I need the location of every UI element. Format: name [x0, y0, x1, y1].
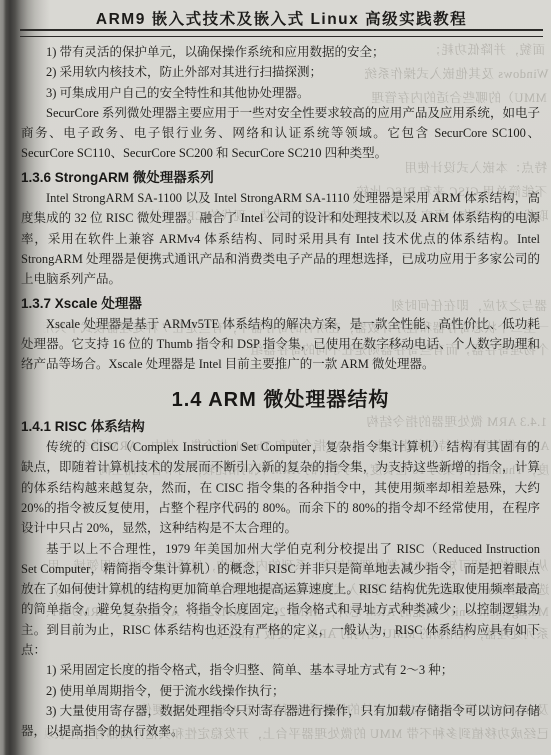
text-line: 传统的 CISC（Complex Instruction Set Compute…: [21, 437, 540, 457]
text-line: SecurCore 系列微处理器主要应用于一些对安全性要求较高的应用产品及应用系…: [21, 103, 540, 123]
running-head-title: ARM9 嵌入式技术及嵌入式 Linux 高级实践教程: [21, 7, 542, 29]
heading-1-4-1: 1.4.1 RISC 体系结构: [21, 417, 540, 437]
book-page: 面貌，并降低功耗；Windows 及其他嵌入式操作系统MMU）的哪些合适的内存管…: [0, 0, 551, 755]
heading-1-3-7: 1.3.7 Xscale 处理器: [21, 294, 540, 314]
text-line: 器，以提高指令的执行效率。: [21, 721, 540, 741]
risc-feature-list: 1) 采用固定长度的指令格式，指令归整、简单、基本寻址方式有 2～3 种；2) …: [21, 660, 540, 741]
strongarm-paragraph: Intel StrongARM SA-1100 以及 Intel StrongA…: [21, 188, 540, 289]
text-line: StrongARM 处理器是便携式通讯产品和消费类电子产品的理想选择，已成功应用…: [21, 249, 540, 269]
text-line: 2) 使用单周期指令，便于流水线操作执行；: [21, 681, 540, 701]
text-line: 点：: [21, 640, 540, 660]
cisc-paragraph: 传统的 CISC（Complex Instruction Set Compute…: [21, 437, 540, 538]
text-line: 商务、电子政务、电子银行业务、网络和认证系统等领域。它包含 SecurCore …: [21, 123, 540, 143]
text-line: 上电脑系列产品。: [21, 269, 540, 289]
text-line: 2) 采用软内核技术，防止外部对其进行扫描探测；: [21, 62, 540, 82]
text-line: Xscale 处理器是基于 ARMv5TE 体系结构的解决方案，是一款全性能、高…: [21, 314, 540, 334]
risc-paragraph: 基于以上不合理性，1979 年美国加州大学伯克利分校提出了 RISC（Reduc…: [21, 539, 540, 661]
text-line: 主。到目前为止，RISC 体系结构也还没有严格的定义，一般认为，RISC 体系结…: [21, 620, 540, 640]
text-line: Intel StrongARM SA-1100 以及 Intel StrongA…: [21, 188, 540, 208]
text-line: 络产品等场合。Xscale 处理器是 Intel 目前主要推广的一款 ARM 微…: [21, 354, 540, 374]
text-line: Set Computer，精简指令集计算机）的概念，RISC 并非只是简单地去减…: [21, 559, 540, 579]
page-content: 1) 带有灵活的保护单元，以确保操作系统和应用数据的安全；2) 采用软内核技术，…: [21, 42, 540, 742]
securcore-paragraph: SecurCore 系列微处理器主要应用于一些对安全性要求较高的应用产品及应用系…: [21, 103, 540, 164]
text-line: 基于以上不合理性，1979 年美国加州大学伯克利分校提出了 RISC（Reduc…: [21, 539, 540, 559]
text-line: 1) 采用固定长度的指令格式，指令归整、简单、基本寻址方式有 2～3 种；: [21, 660, 540, 680]
header-double-rule: [20, 29, 543, 37]
text-line: 的简单指令，避免复杂指令；将指令长度固定，指令格式和寻址方式种类减少；以控制逻辑…: [21, 599, 540, 619]
section-heading-1-4: 1.4 ARM 微处理器结构: [21, 387, 540, 413]
text-line: SecurCore SC110、SecurCore SC200 和 SecurC…: [21, 143, 540, 163]
text-line: 1) 带有灵活的保护单元，以确保操作系统和应用数据的安全；: [21, 42, 540, 62]
text-line: 设计中只占 20%，显然，这种结构是不太合理的。: [21, 518, 540, 538]
text-line: 的体系结构越来越复杂，然而，在 CISC 指令集的各种指令中，其使用频率却相差悬…: [21, 478, 540, 498]
text-line: 20%的指令被反复使用，占整个程序代码的 80%。而余下的 80%的指令却不经常…: [21, 498, 540, 518]
xscale-paragraph: Xscale 处理器是基于 ARMv5TE 体系结构的解决方案，是一款全性能、高…: [21, 314, 540, 375]
heading-1-3-6: 1.3.6 StrongARM 微处理器系列: [21, 168, 540, 188]
securcore-feature-list: 1) 带有灵活的保护单元，以确保操作系统和应用数据的安全；2) 采用软内核技术，…: [21, 42, 540, 103]
text-line: 放在了如何使计算机的结构更加简单合理地提高运算速度上。RISC 结构优先选取使用…: [21, 579, 540, 599]
text-line: 3) 大量使用寄存器，数据处理指令只对寄存器进行操作，只有加载/存储指令可以访问…: [21, 701, 540, 721]
text-line: 处理器。它支持 16 位的 Thumb 指令和 DSP 指令集，已使用在数字移动…: [21, 334, 540, 354]
text-line: 缺点，即随着计算机技术的发展而不断引入新的复杂的指令集，为支持这些新增的指令，计…: [21, 457, 540, 477]
text-line: 3) 可集成用户自己的安全特性和其他协处理器。: [21, 83, 540, 103]
text-line: 度集成的 32 位 RISC 微处理器。融合了 Intel 公司的设计和处理技术…: [21, 208, 540, 228]
text-line: 率，采用在软件上兼容 ARMv4 体系结构、同时采用具有 Intel 技术优点的…: [21, 229, 540, 249]
